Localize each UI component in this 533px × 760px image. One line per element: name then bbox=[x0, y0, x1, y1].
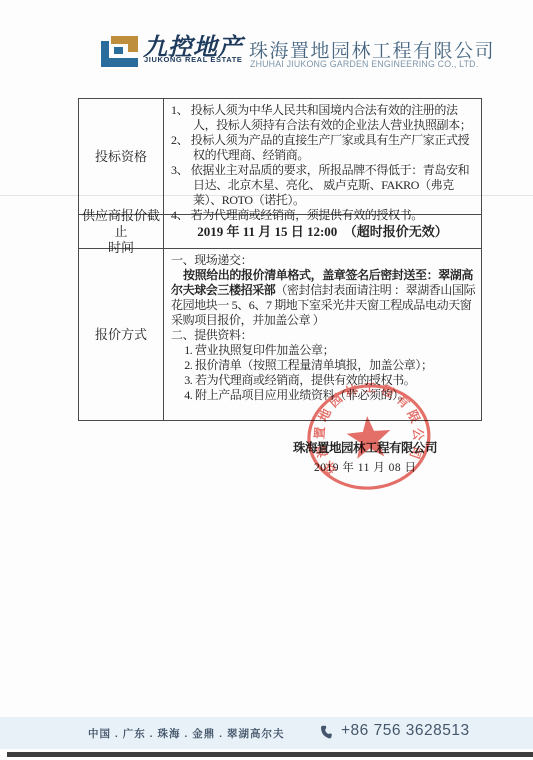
footer-locations: 中国 . 广东 . 珠海 . 金鼎 . 翠湖高尔夫 bbox=[88, 726, 285, 741]
qualification-item: 2、 投标人须为产品的直接生产厂家或具有生产厂家正式授权的代理商、经销商。 bbox=[171, 133, 477, 163]
required-document-item: 1. 营业执照复印件加盖公章； bbox=[171, 343, 477, 358]
row-label-bid-qualification: 投标资格 bbox=[79, 99, 164, 215]
delivery-instructions: 按照给出的报价清单格式，盖章签名后密封送至：翠湖高尔夫球会三楼招采部（密封信封表… bbox=[171, 268, 477, 328]
section-title-onsite-delivery: 一、现场递交： bbox=[171, 253, 477, 268]
company-name-en: ZHUHAI JIUKONG GARDEN ENGINEERING CO., L… bbox=[250, 59, 478, 69]
required-document-item: 3. 若为代理商或经销商，提供有效的授权书。 bbox=[171, 373, 477, 388]
footer-phone-number: +86 756 3628513 bbox=[341, 722, 470, 740]
footer-band: 中国 . 广东 . 珠海 . 金鼎 . 翠湖高尔夫 +86 756 362851… bbox=[0, 717, 533, 749]
quote-method-content: 一、现场递交： 按照给出的报价清单格式，盖章签名后密封送至：翠湖高尔夫球会三楼招… bbox=[164, 249, 481, 420]
row-label-quote-deadline: 供应商报价截止 时间 bbox=[79, 215, 164, 249]
signature-company-name: 珠海置地园林工程有限公司 bbox=[293, 438, 437, 456]
required-document-item: 2. 报价清单（按照工程量清单填报，加盖公章）； bbox=[171, 358, 477, 373]
row-label-quote-method: 报价方式 bbox=[79, 249, 164, 420]
document-page: 九控地产 JIUKONG REAL ESTATE 珠海置地园林工程有限公司 ZH… bbox=[0, 0, 533, 760]
scan-edge-bar bbox=[7, 752, 533, 757]
required-document-item: 4. 附上产品项目应用业绩资料（非必须的）。 bbox=[171, 388, 477, 403]
jiukong-logo-icon bbox=[101, 36, 138, 67]
qualification-item: 1、 投标人须为中华人民共和国境内合法有效的注册的法人，投标人须持有合法有效的企… bbox=[171, 103, 477, 133]
qualification-item: 3、 依据业主对品质的要求，所报品牌不得低于：青岛安和日达、北京木星、亮化、 威… bbox=[171, 163, 477, 208]
section-title-required-documents: 二、提供资料： bbox=[171, 328, 477, 343]
brand-name-en: JIUKONG REAL ESTATE bbox=[144, 55, 243, 64]
quote-deadline-value: 2019 年 11 月 15 日 12:00 （超时报价无效） bbox=[164, 215, 481, 249]
signature-date: 2019 年 11 月 08 日 bbox=[314, 459, 416, 475]
letterhead: 九控地产 JIUKONG REAL ESTATE 珠海置地园林工程有限公司 ZH… bbox=[0, 0, 533, 90]
bid-qualification-content: 1、 投标人须为中华人民共和国境内合法有效的注册的法人，投标人须持有合法有效的企… bbox=[164, 99, 481, 215]
row-label-text: 报价方式 bbox=[95, 327, 147, 343]
tender-info-table: 投标资格 1、 投标人须为中华人民共和国境内合法有效的注册的法人，投标人须持有合… bbox=[78, 98, 482, 421]
row-label-text: 投标资格 bbox=[95, 149, 147, 165]
phone-icon bbox=[318, 725, 334, 741]
row-label-text-line1: 供应商报价截止 bbox=[79, 208, 163, 240]
